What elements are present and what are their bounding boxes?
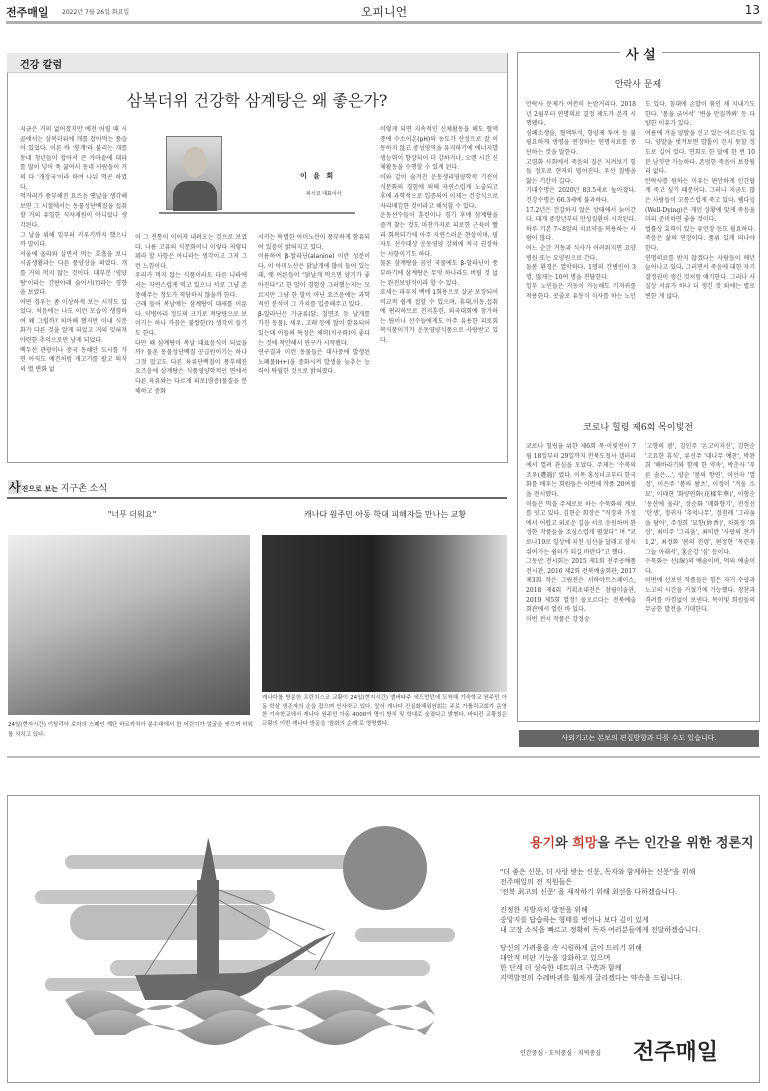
contribution-title: 코로나 힐링 제6회 목이빛전 (517, 420, 759, 433)
photo2-title: 캐나다 원주민 아동 학대 피해자들 만나는 교황 (262, 509, 508, 520)
column-body-col2: 이 그 전통이 이어져 내려오는 것으로 보였다. 나름 고유의 식문화이니 이… (135, 233, 247, 453)
ad-logo: 전주매일 (633, 1035, 718, 1066)
column-label-bar: 건강 칼럼 (7, 53, 507, 73)
editorial-title: 안락사 문제 (517, 77, 759, 90)
portrait-divider (159, 212, 355, 214)
photo-news-divider (7, 497, 507, 499)
author-portrait (166, 136, 222, 210)
ad-slogan: 용기와 희망을 주는 인간을 위한 정론지 (530, 832, 754, 851)
author-name: 이 윤 희 (300, 171, 335, 181)
ad-paragraph-2: 진정한 지방자치 발전을 위해 중앙지를 답습하는 형태를 벗어나 보다 깊이 … (500, 905, 700, 935)
section-divider (7, 756, 760, 758)
column-body-col4: 이렇게 되면 지속적인 신체활동을 해도 혈액 중에 수소이온(pH)의 농도가… (380, 125, 498, 453)
column-headline: 삼복더위 건강학 삼계탕은 왜 좋은가? (7, 88, 507, 111)
contribution-body-col2: '고향의 봄', 김인주 '온고이지신', 김현순 '고요한 휴식', 류선주 … (645, 442, 755, 717)
contribution-body-col1: 코로나 힐링을 위한 제6회 목·이빛전이 7월 18일부터 29일까지 전북도… (526, 442, 636, 717)
editorial-body-col1: 안락사 문제가 여전히 논란거리다. 2018년 2월부터 연명의료 결정 제도… (526, 100, 636, 340)
header-divider (6, 21, 762, 24)
author-role: 피시코 대표이사 (306, 190, 341, 197)
column-body-col1: 지금은 거의 없어졌지만 예전 어릴 때 시골에서는 삼복더위에 개를 잡아먹는… (20, 125, 127, 453)
ad-paragraph-1: "더 좋은 신문, 더 사랑 받는 신문, 독자와 함께하는 신문"을 위해 전… (500, 867, 695, 897)
column-body-col3: 시키는 특별한 아미노산이 풍부하게 함유되어 있음이 밝혀지고 있다. 이름하… (258, 233, 370, 453)
photo-pope-canada (262, 535, 507, 692)
column-label: 건강 칼럼 (20, 56, 62, 71)
section-title: 오피니언 (0, 3, 768, 20)
photo-news-label: 사진으로 보는 지구촌 소식 (8, 478, 107, 495)
page-number: 13 (745, 3, 760, 17)
ship-illustration (25, 820, 465, 1050)
photo1-title: "너무 더워요" (7, 509, 257, 520)
ad-tagline: 인간중심 · 도덕중심 · 지역중심 (520, 1048, 601, 1057)
photo1-caption: 24일(현지시간) 이탈리아 로마의 스페인 계단 바르카치아 분수대에서 한 … (8, 721, 253, 745)
editorial-label: 사 설 (620, 44, 662, 63)
ad-paragraph-3: 당신의 가려움을 속 시원하게 긁어 드리기 위해 대안적 비판 기능을 강화하… (500, 943, 682, 983)
disclaimer-banner: 사외기고는 본보의 편집방향과 다를 수도 있습니다. (519, 730, 759, 747)
photo-rome-fountain (8, 535, 250, 715)
editorial-body-col2: 도 있다. 침대에 손발이 묶인 채 지내기도 한다. '몸을 긁어서' '변을… (645, 100, 755, 340)
page-header: 전주매일 2022년 7월 26일 화요일 오피니언 13 (0, 0, 768, 22)
photo2-caption: 캐나다를 방문한 프란치스코 교황이 24일(현지시간) 앨버타주 에드먼턴에 … (262, 694, 507, 734)
